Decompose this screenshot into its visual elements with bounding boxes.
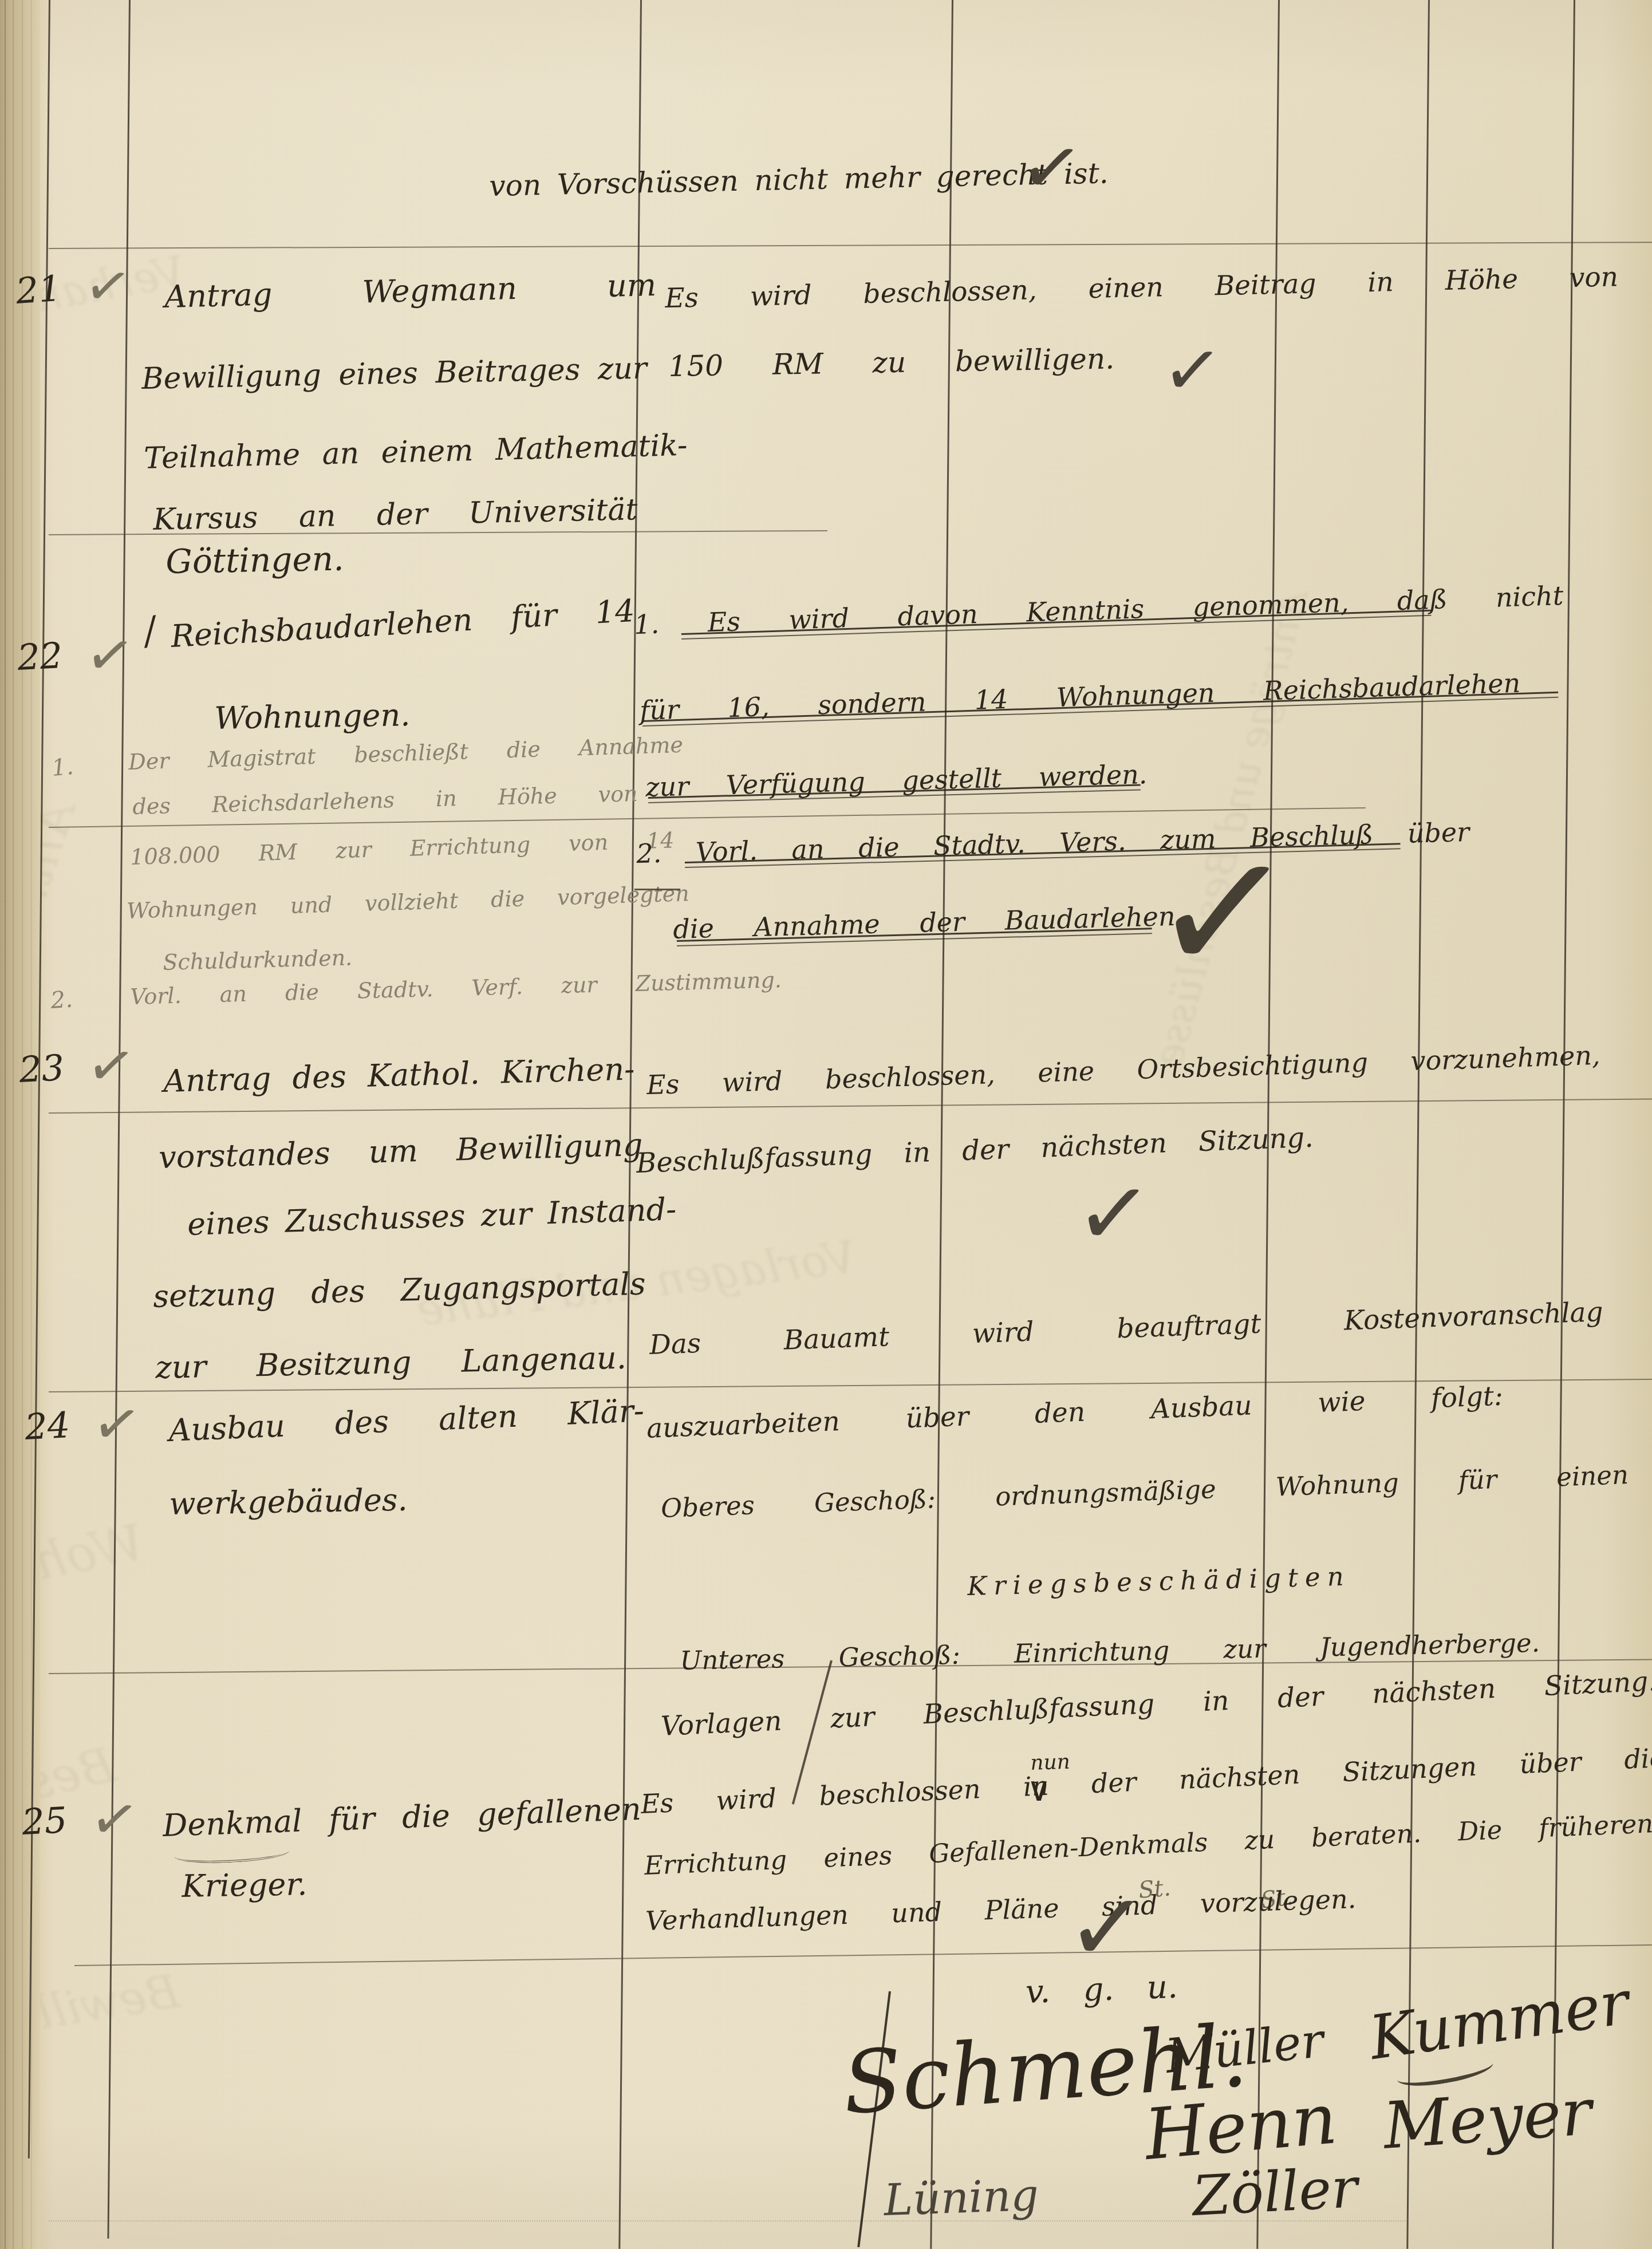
item-check-pencil: ✓: [86, 1787, 143, 1852]
carryover-text: von Vorschüssen nicht mehr gerecht ist.: [489, 159, 1109, 200]
subject-line: Ausbau des alten Klär-: [168, 1395, 645, 1446]
subject-line: Bewilligung eines Beitrages zur: [141, 354, 647, 394]
pencil-note-line: Der Magistrat beschließt die Annahme: [128, 734, 684, 773]
form-rule-vertical: [107, 0, 131, 2239]
carryover-checkmark: ✓: [1015, 127, 1087, 209]
signature: Henn: [1142, 2084, 1339, 2170]
item-check-pencil: ✓: [81, 623, 139, 688]
subject-line: Kursus an der Universität: [153, 495, 638, 535]
subject-line: vorstandes um Bewilligung: [159, 1130, 644, 1173]
item-number: 23: [18, 1050, 65, 1088]
subject-line: Reichsbaudarlehen für 14: [170, 595, 636, 652]
decision-line: Oberes Geschoß: ordnungsmäßige Wohnung f…: [660, 1462, 1629, 1521]
item-number: 24: [24, 1407, 71, 1445]
decision-line: Es wird beschlossen, eine Ortsbesichtigu…: [646, 1042, 1601, 1098]
item-check-pencil: ✓: [82, 1033, 140, 1098]
subject-line: zur Besitzung Langenau.: [155, 1343, 626, 1383]
decision-checkmark-large: ✓: [1145, 823, 1301, 1004]
decision-line: 150 RM zu bewilligen.: [668, 344, 1114, 381]
checkoff-slash: /: [140, 612, 160, 650]
subject-line: Göttingen.: [165, 542, 344, 578]
decision-line: Es wird beschlossen, einen Beitrag in Hö…: [665, 263, 1619, 312]
subject-line: Antrag des Kathol. Kirchen-: [163, 1054, 635, 1097]
decision-line: Beschlußfassung in der nächsten Sitzung.: [636, 1124, 1314, 1177]
decision-line: Errichtung eines Gefallenen-Denkmals zu …: [644, 1810, 1652, 1879]
decision-checkmark: ✓: [1159, 332, 1226, 409]
subject-line: Wohnungen.: [214, 700, 411, 734]
decision-line: Es wird beschlossen in der nächsten Sitz…: [640, 1745, 1652, 1817]
item-check-pencil: ✓: [88, 1392, 145, 1457]
pencil-note-line: Schuldurkunden.: [163, 946, 353, 973]
item-number: 21: [15, 271, 62, 309]
ledger-page: Verhandlungen des Magistrats Anträge und…: [0, 0, 1652, 2249]
decision-line: Kriegsbeschädigten: [967, 1563, 1351, 1599]
pencil-note-number: 1.: [51, 755, 75, 780]
form-rule-vertical: [618, 0, 642, 2249]
subject-line: werkgebäudes.: [169, 1485, 408, 1520]
decision-line: Das Bauamt wird beauftragt Kostenvoransc…: [649, 1299, 1603, 1359]
decision-line: Unteres Geschoß: Einrichtung zur Jugendh…: [680, 1630, 1540, 1674]
decision-line: Vorlagen zur Beschlußfassung in der näch…: [660, 1668, 1652, 1740]
form-rule-vertical: [1406, 0, 1430, 2249]
decision-line: auszuarbeiten über den Ausbau wie folgt:: [646, 1383, 1503, 1442]
signature: Zöller: [1191, 2160, 1359, 2224]
subject-line: Krieger.: [182, 1869, 307, 1902]
subject-line: eines Zuschusses zur Instand-: [187, 1194, 677, 1240]
signature: Meyer: [1381, 2080, 1594, 2159]
pencil-note-line: Vorl. an die Stadtv. Verf. zur Zustimmun…: [130, 969, 782, 1008]
subject-line: Teilnahme an einem Mathematik-: [144, 431, 688, 474]
row-separator-line: [74, 1944, 1652, 1966]
subject-line: Denkmal für die gefallenen: [162, 1794, 641, 1841]
form-rule-vertical: [1552, 0, 1575, 2249]
pencil-note-line: des Reichsdarlehens in Höhe von: [132, 783, 638, 818]
book-gutter-edge: [0, 0, 40, 2249]
row-separator-line: [49, 242, 1652, 249]
signature: Kummer: [1366, 1973, 1632, 2069]
item-number: 22: [17, 638, 64, 676]
underline-scribble: [174, 1842, 289, 1865]
signature: Müller: [1163, 2017, 1326, 2081]
pencil-note-line: Wohnungen und vollzieht die vorgelegten: [127, 882, 689, 922]
signature: Lüning: [883, 2173, 1039, 2222]
closing-abbreviation: v. g. u.: [1025, 1971, 1178, 2009]
decision-checkmark: ✓: [1064, 1877, 1150, 1978]
pencil-note-number: 2.: [50, 988, 73, 1012]
underline-mark: [634, 889, 680, 890]
row-separator-line: [49, 1099, 1652, 1114]
item-number: 25: [21, 1802, 68, 1840]
pencil-note-line: 108.000 RM zur Errichtung von 14: [130, 829, 675, 868]
item-check-pencil: ✓: [80, 255, 135, 318]
decision-line: Verhandlungen und Pläne sind vorzulegen.: [645, 1885, 1357, 1934]
subject-line: Antrag Wegmann um: [164, 270, 657, 313]
decision-checkmark: ✓: [1071, 1165, 1156, 1262]
